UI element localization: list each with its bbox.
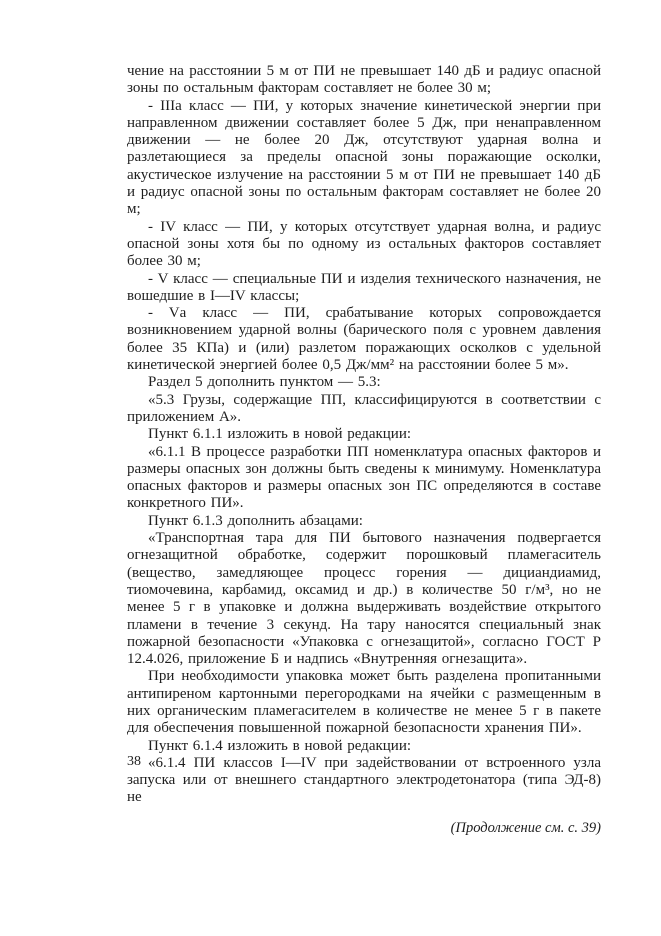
paragraph: чение на расстоянии 5 м от ПИ не превыша… — [127, 63, 601, 98]
paragraph: «6.1.4 ПИ классов I—IV при задействовани… — [127, 755, 601, 807]
paragraph: - V класс — специальные ПИ и изделия тех… — [127, 271, 601, 306]
paragraph: Пункт 6.1.3 дополнить абзацами: — [127, 513, 601, 530]
paragraph: «Транспортная тара для ПИ бытового назна… — [127, 530, 601, 668]
paragraph: «5.3 Грузы, содержащие ПП, классифицирую… — [127, 392, 601, 427]
paragraph: Пункт 6.1.4 изложить в новой редакции: — [127, 738, 601, 755]
paragraph: - Vа класс — ПИ, срабатывание которых со… — [127, 305, 601, 374]
text-block: чение на расстоянии 5 м от ПИ не превыша… — [127, 63, 601, 837]
document-page: чение на расстоянии 5 м от ПИ не превыша… — [0, 0, 661, 936]
page-number: 38 — [127, 754, 141, 770]
paragraph: - IIIа класс — ПИ, у которых значение ки… — [127, 98, 601, 219]
paragraph: При необходимости упаковка может быть ра… — [127, 668, 601, 737]
paragraph: Раздел 5 дополнить пунктом — 5.3: — [127, 374, 601, 391]
paragraph: «6.1.1 В процессе разработки ПП номенкла… — [127, 444, 601, 513]
paragraph: Пункт 6.1.1 изложить в новой редакции: — [127, 426, 601, 443]
paragraph: - IV класс — ПИ, у которых отсутствует у… — [127, 219, 601, 271]
continuation-note: (Продолжение см. с. 39) — [127, 820, 601, 837]
